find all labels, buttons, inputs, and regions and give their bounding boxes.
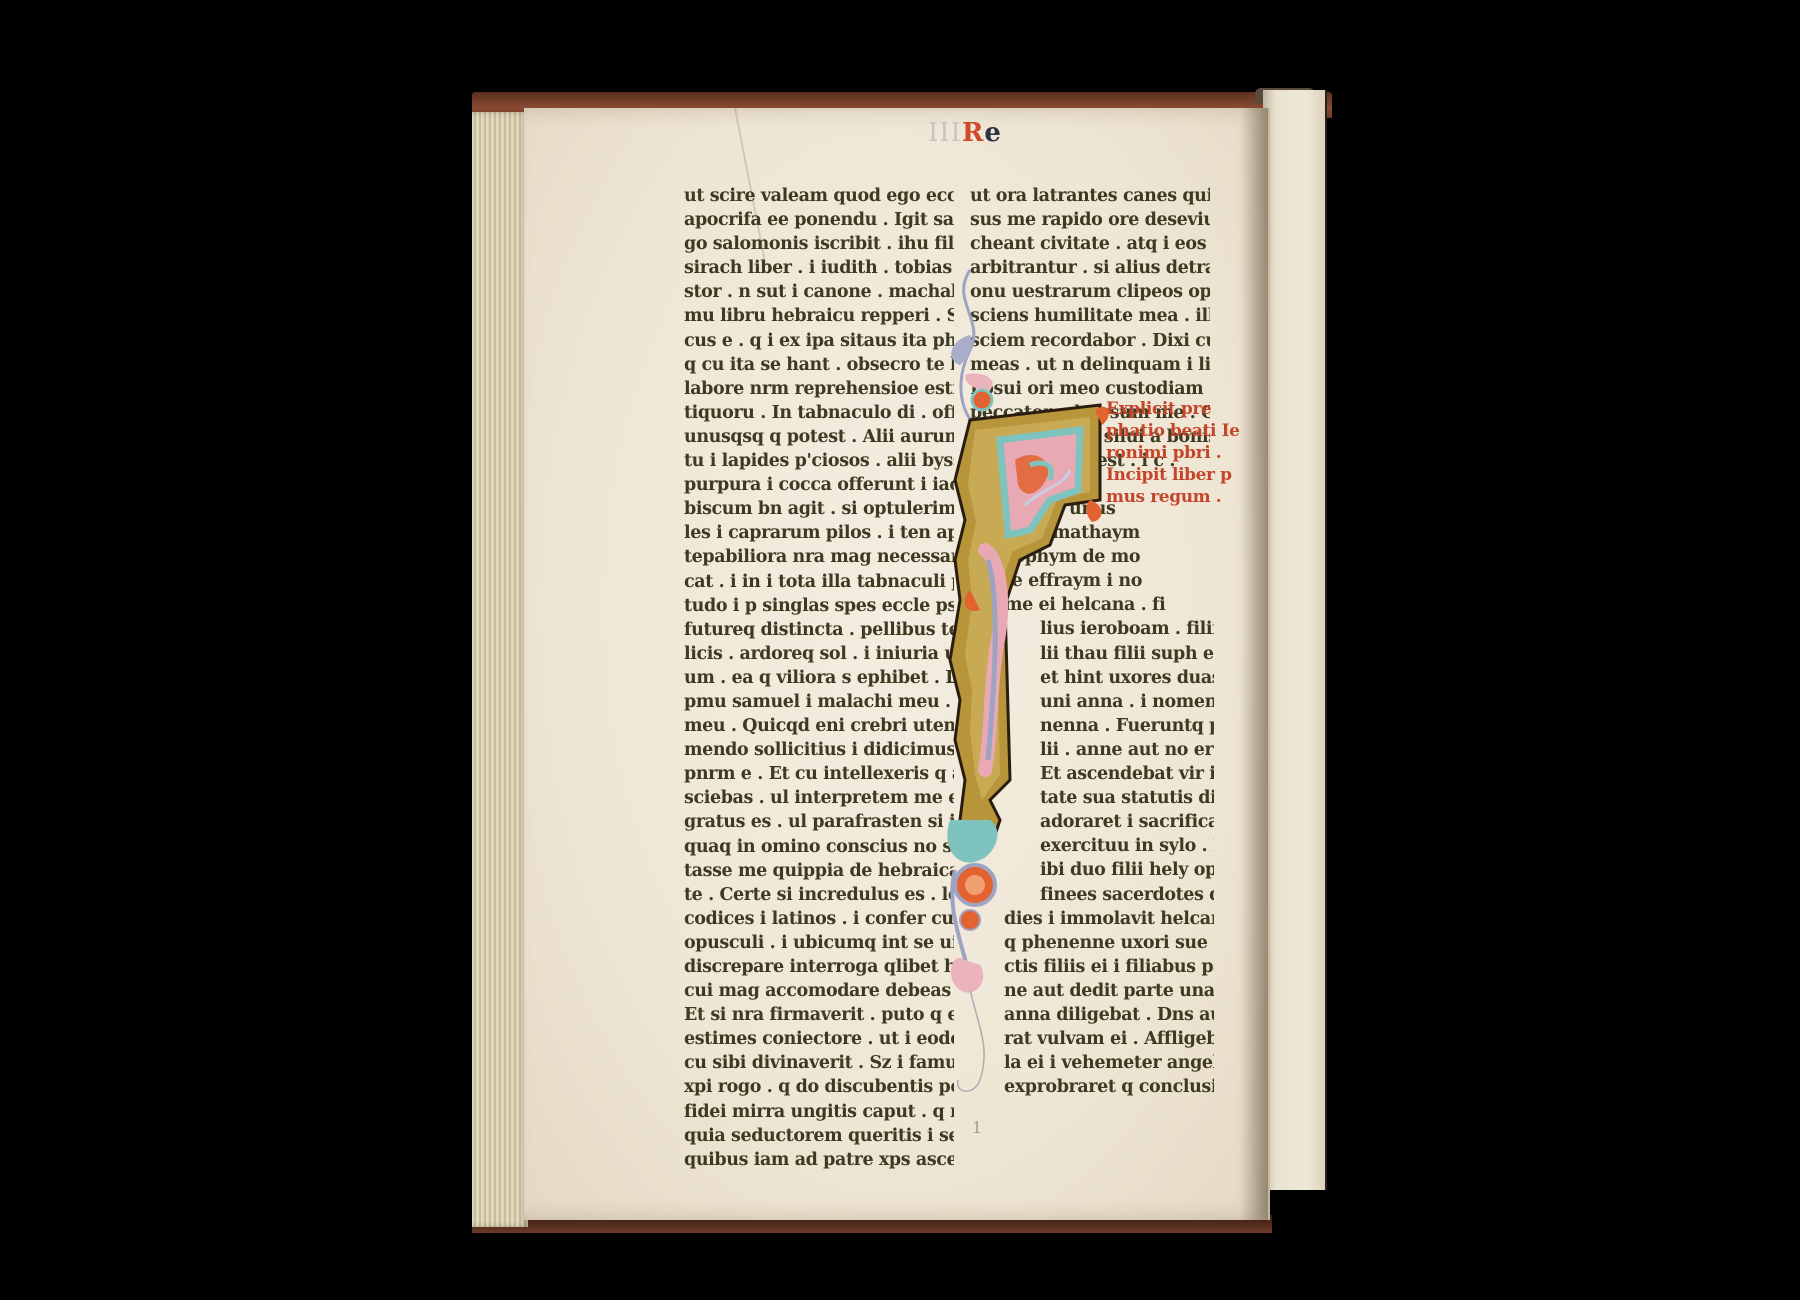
text-line: apocrifa ee ponendu . Igit sapia q vul <box>684 208 954 232</box>
text-line: stor . n sut i canone . machabeor p <box>684 280 954 304</box>
text-line: meu . Quicqd eni crebri utendo i e <box>684 714 954 738</box>
text-line: fidei mirra ungitis caput . q neq <box>684 1100 954 1124</box>
text-line: opusculi . i ubicumq int se uideris <box>684 931 954 955</box>
running-head-faint: III <box>928 118 962 148</box>
running-head-red-letter: R <box>962 118 985 148</box>
text-line: go salomonis iscribit . ihu filii <box>684 232 954 256</box>
text-line: cat . i in i tota illa tabnaculi pulcri <box>684 570 954 594</box>
text-line: tudo i p singlas spes eccle psentis <box>684 594 954 618</box>
text-line: les i caprarum pilos . i ten apls <box>684 521 954 545</box>
text-line: cus e . q i ex ipa sitaus ita phari pot … <box>684 329 954 353</box>
text-line: discrepare interroga qlibet hebreoru <box>684 955 954 979</box>
text-line: gratus es . ul parafrasten si ingratu . <box>684 810 954 834</box>
running-head: IIIRe <box>928 118 1002 148</box>
page-fore-edge <box>472 112 528 1227</box>
text-line: mu libru hebraicu repperi . Sedis gre <box>684 304 954 328</box>
text-line: quaq in omino conscius no sim . mu <box>684 835 954 859</box>
text-line: sciebas . ul interpretem me estimato si <box>684 786 954 810</box>
text-line: ut ora latrantes canes qui aduer <box>970 184 1210 208</box>
text-line: tu i lapides p'ciosos . alii byssu et <box>684 449 954 473</box>
running-head-dark-letter: e <box>984 118 1002 148</box>
text-line: tiquoru . In tabnaculo di . offert <box>684 401 954 425</box>
text-line: pnrm e . Et cu intellexeris q antea ne <box>684 762 954 786</box>
text-line: q cu ita se hant . obsecro te lector ne <box>684 353 954 377</box>
text-line: pmu samuel i malachi meu . meu <box>684 690 954 714</box>
text-line: quibus iam ad patre xps ascendit . <box>684 1148 954 1172</box>
gutter-shadow <box>1240 108 1268 1220</box>
text-line: unusqsq q potest . Alii aurum i arge <box>684 425 954 449</box>
text-line: cu sibi divinaverit . Sz i famula uos <box>684 1051 954 1075</box>
text-line: ut scire valeam quod ego ecc os e. int <box>684 184 954 208</box>
text-line: sirach liber . i iudith . tobias . i pa <box>684 256 954 280</box>
text-line: tasse me quippia de hebraica urita <box>684 859 954 883</box>
illuminated-initial-f-icon <box>930 260 1130 1100</box>
text-line: xpi rogo . q do discubentis pciosissio <box>684 1075 954 1099</box>
text-line: quia seductorem queritis i sepulcro . <box>684 1124 954 1148</box>
text-line: estimes coniectore . ut i eode loco me <box>684 1027 954 1051</box>
facing-leaf <box>1263 90 1327 1190</box>
text-line: labore nrm reprehensioe estimes a <box>684 377 954 401</box>
text-line: tepabiliora nra mag necessaria iudi <box>684 545 954 569</box>
text-line: cui mag accomodare debeas fidei . <box>684 979 954 1003</box>
text-line: mendo sollicitius i didicimus et tenem <box>684 738 954 762</box>
text-line: futureq distincta . pellibus tegit . ia <box>684 618 954 642</box>
text-line: te . Certe si incredulus es . lege greco <box>684 883 954 907</box>
text-line: codices i latinos . i confer cum eis <box>684 907 954 931</box>
text-column-left: ut scire valeam quod ego ecc os e. intap… <box>684 184 954 1172</box>
text-line: purpura i cocca offerunt i iacincti . no <box>684 473 954 497</box>
text-line: Et si nra firmaverit . puto q eum no <box>684 1003 954 1027</box>
text-line: um . ea q viliora s ephibet . Lege g <box>684 666 954 690</box>
manuscript-photo: IIIRe ut scire valeam quod ego ecc os e.… <box>0 0 1800 1300</box>
folio-mark: 1 <box>972 1118 982 1137</box>
illuminated-initial <box>930 260 1130 1100</box>
text-line: licis . ardoreq sol . i iniuria urbi <box>684 642 954 666</box>
text-line: sus me rapido ore deseviunt . i ar <box>970 208 1210 232</box>
text-line: biscum bn agit . si optulerim pel <box>684 497 954 521</box>
text-line: cheant civitate . atq i eos se doctos <box>970 232 1210 256</box>
